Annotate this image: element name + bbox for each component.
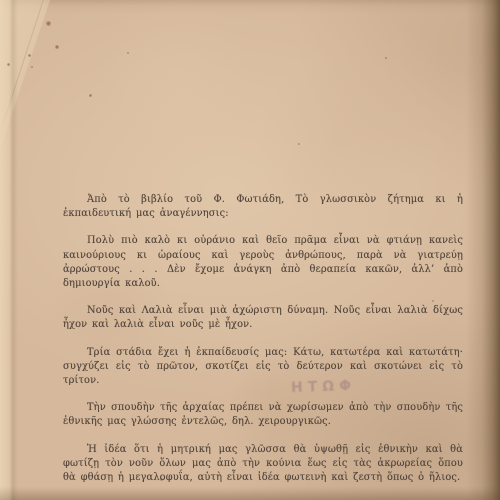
- left-edge-highlight: [0, 0, 22, 500]
- text-block: Ἀπὸ τὸ βιβλίο τοῦ Φ. Φωτιάδη, Τὸ γλωσσικ…: [63, 193, 463, 485]
- foxing-spot: [7, 63, 10, 66]
- bottom-edge-shadow: [0, 486, 500, 500]
- paragraph-quote-5: Ἡ ἰδέα ὅτι ἡ μητρική μας γλῶσσα θὰ ὑψωθῇ…: [63, 443, 463, 486]
- paragraph-quote-1: Πολὺ πιὸ καλὸ κι οὐράνιο καὶ θεῖο πρᾶμα …: [63, 234, 463, 291]
- paragraph-source-title: Ἀπὸ τὸ βιβλίο τοῦ Φ. Φωτιάδη, Τὸ γλωσσικ…: [63, 193, 463, 221]
- foxing-spot: [55, 45, 59, 49]
- foxing-spot: [89, 94, 92, 97]
- foxing-spot: [298, 143, 300, 145]
- foxing-spot: [46, 21, 51, 26]
- paragraph-quote-3: Τρία στάδια ἔχει ἡ ἐκπαίδευσίς μας: Κάτω…: [63, 346, 463, 389]
- foxing-spot: [31, 66, 33, 68]
- foxing-spot: [127, 52, 129, 54]
- paragraph-quote-4: Τὴν σπουδὴν τῆς ἀρχαίας πρέπει νὰ χωρίσω…: [63, 401, 463, 429]
- foxing-spot: [28, 54, 31, 57]
- foxing-spot: [385, 57, 387, 59]
- right-edge-shadow: [466, 0, 500, 500]
- scanned-page: ΗΤΩΦ Ἀπὸ τὸ βιβλίο τοῦ Φ. Φωτιάδη, Τὸ γλ…: [0, 0, 500, 500]
- paragraph-quote-2: Νοῦς καὶ Λαλιὰ εἶναι μιὰ ἀχώριστη δύναμη…: [63, 304, 463, 332]
